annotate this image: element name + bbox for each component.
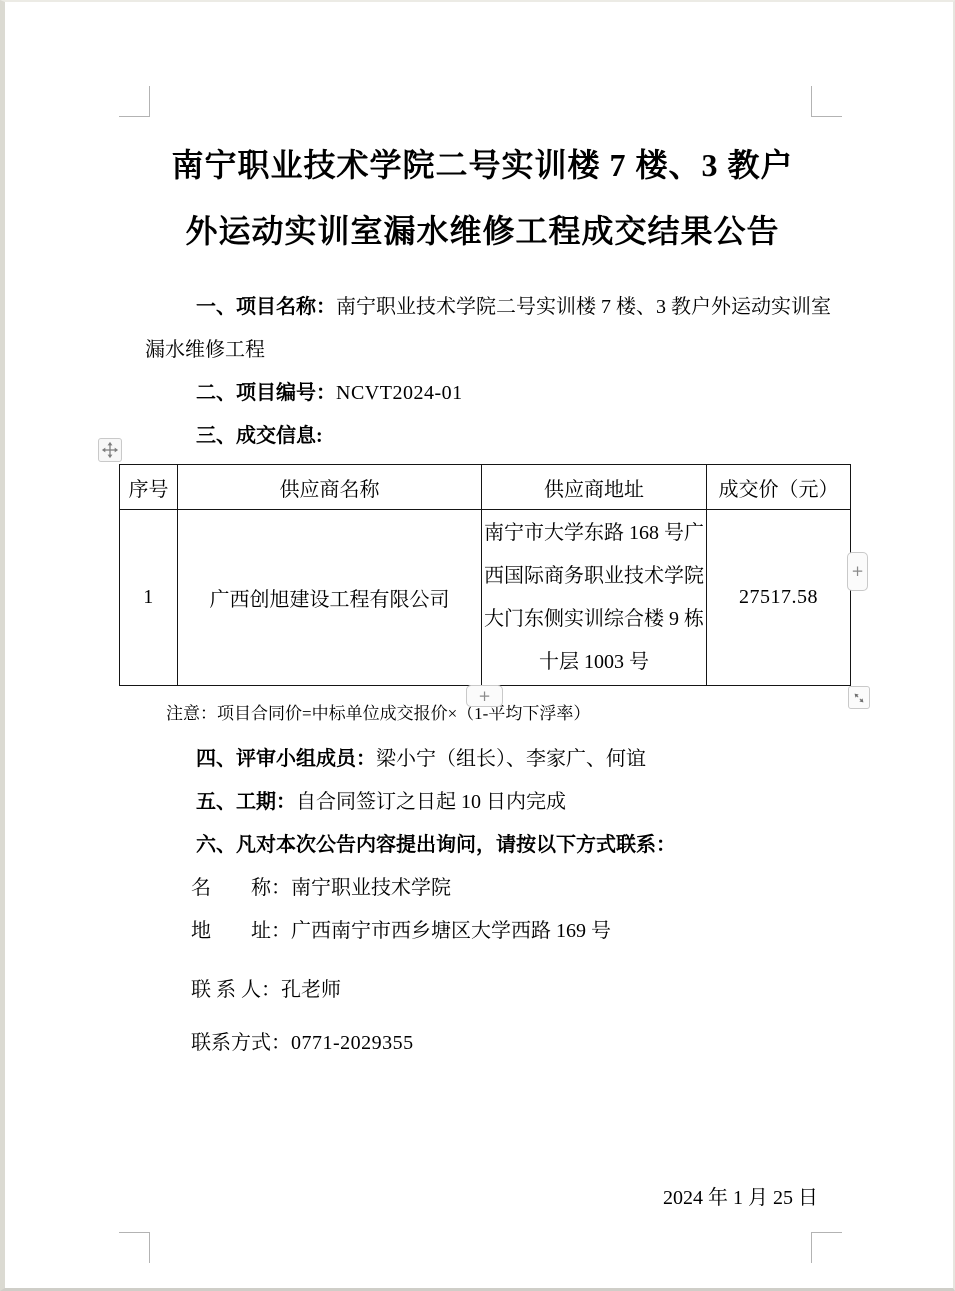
document-title-line1: 南宁职业技术学院二号实训楼 7 楼、3 教户 <box>119 132 846 198</box>
award-table-header-row: 序号 供应商名称 供应商地址 成交价（元） <box>120 465 851 510</box>
contact-person-label: 联 系 人： <box>191 979 281 1001</box>
contact-name-line: 名 称：南宁职业技术学院 <box>119 867 846 910</box>
section-project-name: 一、项目名称：南宁职业技术学院二号实训楼 7 楼、3 教户外运动实训室漏水维修工… <box>119 286 846 372</box>
cell-supplier-name: 广西创旭建设工程有限公司 <box>178 510 482 686</box>
document-title: 南宁职业技术学院二号实训楼 7 楼、3 教户 外运动实训室漏水维修工程成交结果公… <box>119 132 846 264</box>
header-award-price: 成交价（元） <box>707 465 851 510</box>
contact-address-line: 地 址：广西南宁市西乡塘区大学西路 169 号 <box>119 910 846 953</box>
text-boundary-corner-bottom-left <box>119 1232 150 1263</box>
award-table: 序号 供应商名称 供应商地址 成交价（元） 1 广西创旭建设工程有限公司 南宁市… <box>119 464 851 686</box>
section-award-info: 三、成交信息: <box>119 415 846 458</box>
contact-phone-label: 联系方式： <box>191 1032 291 1054</box>
contact-person-value: 孔老师 <box>281 979 341 1001</box>
section-inquiry: 六、凡对本次公告内容提出询问，请按以下方式联系： <box>119 824 846 867</box>
text-boundary-corner-top-right <box>811 86 842 117</box>
cell-award-price: 27517.58 <box>707 510 851 686</box>
section-project-number-value: NCVT2024-01 <box>336 382 463 404</box>
header-supplier-address: 供应商地址 <box>482 465 707 510</box>
document-date: 2024 年 1 月 25 日 <box>119 1177 846 1220</box>
section-award-info-label: 三、成交信息: <box>196 425 323 447</box>
contact-phone-line: 联系方式：0771-2029355 <box>119 1022 846 1065</box>
header-supplier-name: 供应商名称 <box>178 465 482 510</box>
cell-seq: 1 <box>120 510 178 686</box>
move-arrows-icon <box>101 441 119 459</box>
contact-phone-value: 0771-2029355 <box>291 1032 414 1054</box>
award-table-row: 1 广西创旭建设工程有限公司 南宁市大学东路 168 号广西国际商务职业技术学院… <box>120 510 851 686</box>
section-review-panel-label: 四、评审小组成员： <box>196 748 376 770</box>
document-body: 南宁职业技术学院二号实训楼 7 楼、3 教户 外运动实训室漏水维修工程成交结果公… <box>119 114 846 1220</box>
plus-icon: + <box>478 689 491 704</box>
contact-name-label: 名 称： <box>191 877 291 899</box>
text-boundary-corner-bottom-right <box>811 1232 842 1263</box>
contact-person-line: 联 系 人：孔老师 <box>119 969 846 1012</box>
section-duration-label: 五、工期： <box>196 791 296 813</box>
section-review-panel-value: 梁小宁（组长）、李家广、何谊 <box>376 748 646 770</box>
section-project-name-label: 一、项目名称： <box>196 296 336 318</box>
table-move-handle[interactable] <box>98 438 122 462</box>
contact-name-value: 南宁职业技术学院 <box>291 877 451 899</box>
section-review-panel: 四、评审小组成员：梁小宁（组长）、李家广、何谊 <box>119 738 846 781</box>
document-title-line2: 外运动实训室漏水维修工程成交结果公告 <box>119 198 846 264</box>
section-duration-value: 自合同签订之日起 10 日内完成 <box>296 791 566 813</box>
contact-address-label: 地 址： <box>191 920 291 942</box>
table-resize-handle[interactable] <box>848 686 870 709</box>
text-boundary-corner-top-left <box>119 86 150 117</box>
cell-supplier-address: 南宁市大学东路 168 号广西国际商务职业技术学院大门东侧实训综合楼 9 栋十层… <box>482 510 707 686</box>
section-project-number-label: 二、项目编号： <box>196 382 336 404</box>
document-page: 南宁职业技术学院二号实训楼 7 楼、3 教户 外运动实训室漏水维修工程成交结果公… <box>0 0 955 1291</box>
contact-address-value: 广西南宁市西乡塘区大学西路 169 号 <box>291 920 611 942</box>
section-project-number: 二、项目编号：NCVT2024-01 <box>119 372 846 415</box>
table-insert-column-button[interactable]: + <box>847 552 868 591</box>
table-insert-row-button[interactable]: + <box>466 685 503 707</box>
section-duration: 五、工期：自合同签订之日起 10 日内完成 <box>119 781 846 824</box>
diagonal-resize-icon <box>851 690 867 706</box>
section-inquiry-label: 六、凡对本次公告内容提出询问，请按以下方式联系： <box>196 834 676 856</box>
header-seq: 序号 <box>120 465 178 510</box>
plus-icon: + <box>851 564 864 579</box>
